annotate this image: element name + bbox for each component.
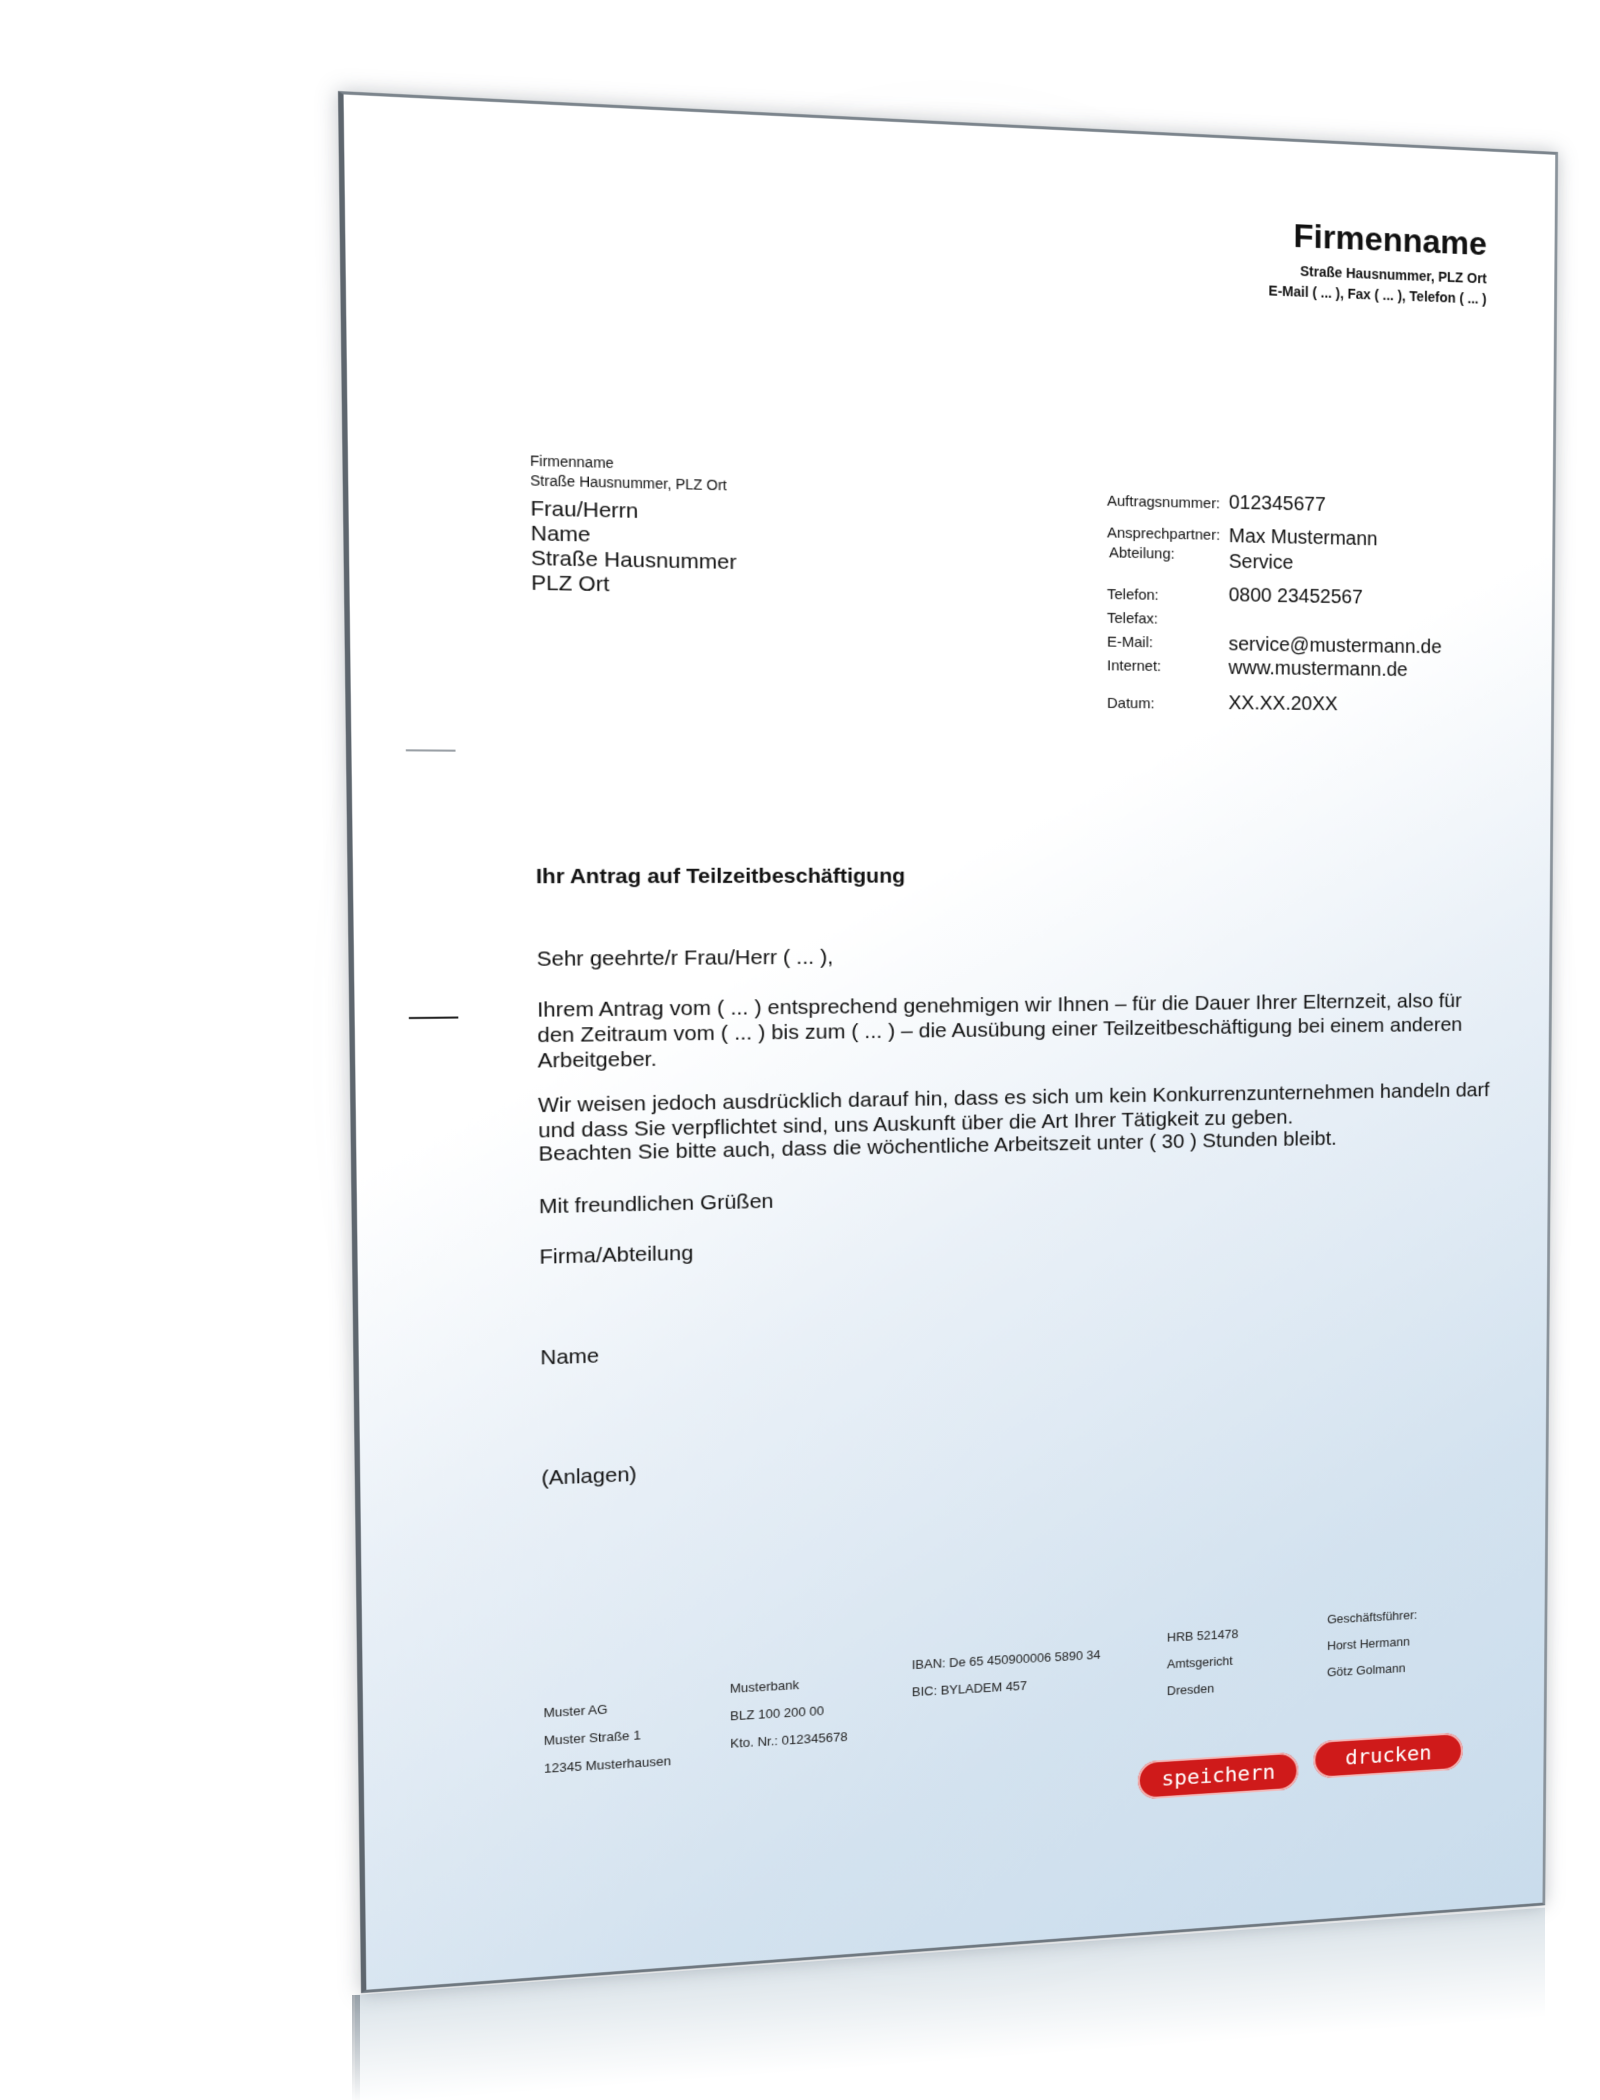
letter-attachments: (Anlagen) bbox=[541, 1462, 636, 1491]
letter-department: Firma/Abteilung bbox=[539, 1241, 693, 1270]
sender-address: Straße Hausnummer, PLZ Ort bbox=[530, 472, 727, 493]
page-edge-reflection bbox=[352, 1995, 360, 2100]
footer-court-city: Dresden bbox=[1167, 1681, 1214, 1698]
info-label-website: Internet: bbox=[1107, 657, 1161, 675]
footer-register-number: HRB 521478 bbox=[1167, 1626, 1238, 1644]
info-value-contact-person: Max Mustermann bbox=[1229, 525, 1378, 551]
recipient-name: Name bbox=[531, 522, 591, 548]
info-value-date: XX.XX.20XX bbox=[1228, 692, 1337, 716]
letter-subject: Ihr Antrag auf Teilzeitbeschäftigung bbox=[536, 865, 905, 890]
info-label-email: E-Mail: bbox=[1107, 634, 1153, 651]
letter-closing: Mit freundlichen Grüßen bbox=[539, 1189, 774, 1219]
footer-bank-code: BLZ 100 200 00 bbox=[730, 1703, 824, 1723]
letterhead-address: Straße Hausnummer, PLZ Ort bbox=[1300, 263, 1487, 286]
info-value-order-number: 012345677 bbox=[1229, 492, 1326, 517]
footer-manager-2: Götz Golmann bbox=[1327, 1661, 1406, 1680]
fold-mark bbox=[406, 749, 456, 751]
info-value-email[interactable]: service@mustermann.de bbox=[1229, 634, 1442, 660]
recipient-salutation: Frau/Herrn bbox=[530, 497, 638, 524]
info-label-contact-person: Ansprechpartner: bbox=[1107, 525, 1220, 544]
info-value-phone: 0800 23452567 bbox=[1229, 584, 1363, 609]
footer-company-street: Muster Straße 1 bbox=[544, 1728, 641, 1749]
letter-page: Firmenname Straße Hausnummer, PLZ Ort E-… bbox=[338, 91, 1558, 1993]
info-label-department: Abteilung: bbox=[1109, 544, 1175, 562]
info-value-website[interactable]: www.mustermann.de bbox=[1228, 657, 1407, 682]
info-label-fax: Telefax: bbox=[1107, 610, 1158, 628]
footer-bic: BIC: BYLADEM 457 bbox=[912, 1678, 1027, 1699]
info-label-date: Datum: bbox=[1107, 695, 1155, 712]
letter-greeting: Sehr geehrte/r Frau/Herr ( ... ), bbox=[537, 945, 834, 972]
footer-court: Amtsgericht bbox=[1167, 1653, 1233, 1671]
punch-mark bbox=[409, 1016, 459, 1019]
document-preview-stage: Firmenname Straße Hausnummer, PLZ Ort E-… bbox=[0, 0, 1600, 2100]
save-button[interactable]: speichern bbox=[1138, 1752, 1299, 1800]
footer-iban: IBAN: De 65 450900006 5890 34 bbox=[912, 1647, 1101, 1672]
paragraph-1-line-3: Arbeitgeber. bbox=[538, 1047, 657, 1074]
footer-company-name: Muster AG bbox=[543, 1702, 607, 1721]
recipient-city: PLZ Ort bbox=[531, 571, 609, 597]
info-label-order-number: Auftragsnummer: bbox=[1107, 493, 1220, 513]
print-button[interactable]: drucken bbox=[1313, 1732, 1463, 1779]
footer-company-city: 12345 Musterhausen bbox=[544, 1753, 671, 1775]
letterhead-company-name: Firmenname bbox=[1293, 217, 1487, 264]
info-label-phone: Telefon: bbox=[1107, 586, 1159, 604]
sender-company: Firmenname bbox=[530, 452, 614, 471]
letterhead-contact: E-Mail ( ... ), Fax ( ... ), Telefon ( .… bbox=[1269, 283, 1487, 307]
footer-bank-name: Musterbank bbox=[730, 1677, 799, 1696]
footer-manager-1: Horst Hermann bbox=[1327, 1634, 1410, 1653]
info-value-department: Service bbox=[1229, 551, 1294, 575]
footer-management-label: Geschäftsführer: bbox=[1327, 1608, 1417, 1627]
footer-account-number: Kto. Nr.: 012345678 bbox=[730, 1729, 847, 1751]
letter-signature-name: Name bbox=[540, 1343, 599, 1370]
